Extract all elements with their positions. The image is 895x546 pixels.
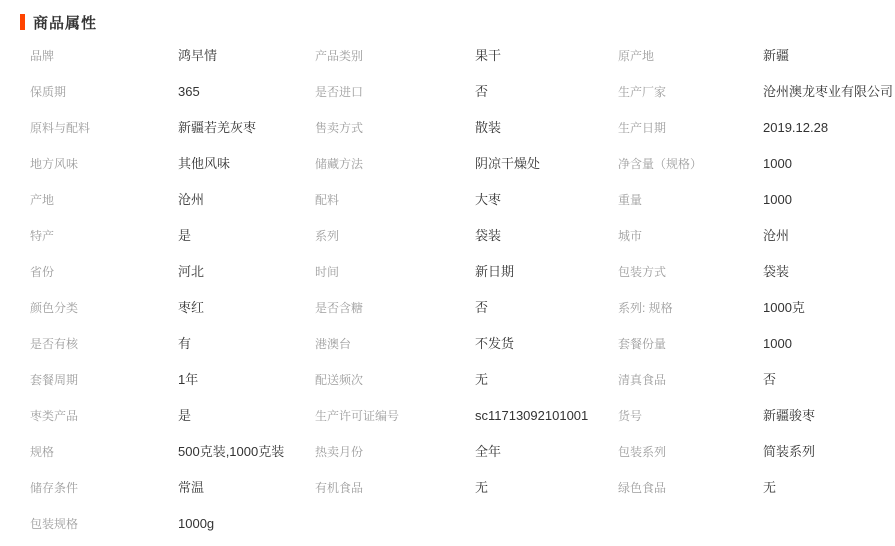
- attr-label: 净含量（规格）: [618, 146, 763, 182]
- attr-value: 否: [475, 290, 618, 326]
- attr-value: 500克装,1000克装: [178, 434, 315, 470]
- attr-label: 地方风味: [30, 146, 178, 182]
- product-attributes-panel: 商品属性 品牌鸿早情产品类别果干原产地新疆保质期365是否进口否生产厂家沧州澳龙…: [0, 0, 895, 546]
- attr-value: 否: [475, 74, 618, 110]
- accent-bar-icon: [20, 14, 25, 30]
- attr-value: 大枣: [475, 182, 618, 218]
- attr-value: 是: [178, 218, 315, 254]
- attr-label: 储藏方法: [315, 146, 475, 182]
- attr-value: 1000克: [763, 290, 893, 326]
- attr-value: 新日期: [475, 254, 618, 290]
- attr-value: 1000: [763, 182, 893, 218]
- attr-label: 包装规格: [30, 506, 178, 542]
- attr-value: 新疆骏枣: [763, 398, 893, 434]
- attr-value: 沧州澳龙枣业有限公司: [763, 74, 893, 110]
- attr-value: 1000: [763, 326, 893, 362]
- attr-label: 清真食品: [618, 362, 763, 398]
- attr-label: 生产日期: [618, 110, 763, 146]
- attr-value: 常温: [178, 470, 315, 506]
- attr-label: 生产许可证编号: [315, 398, 475, 434]
- attr-label: 系列: [315, 218, 475, 254]
- attr-value: 散装: [475, 110, 618, 146]
- attr-label: 包装方式: [618, 254, 763, 290]
- attr-value: 1000: [763, 146, 893, 182]
- attr-value: 新疆若羌灰枣: [178, 110, 315, 146]
- attr-value: sc11713092101001: [475, 398, 618, 434]
- attr-label: 重量: [618, 182, 763, 218]
- attr-label: 货号: [618, 398, 763, 434]
- attr-value: 鸿早情: [178, 38, 315, 74]
- attr-label: 配料: [315, 182, 475, 218]
- attr-value: 365: [178, 74, 315, 110]
- section-title: 商品属性: [33, 12, 97, 33]
- attr-label: 省份: [30, 254, 178, 290]
- attr-label: 套餐周期: [30, 362, 178, 398]
- attr-value: 袋装: [475, 218, 618, 254]
- attr-value: 全年: [475, 434, 618, 470]
- attr-value: 枣红: [178, 290, 315, 326]
- attr-label: 保质期: [30, 74, 178, 110]
- attr-value: 沧州: [763, 218, 893, 254]
- attr-label: 颜色分类: [30, 290, 178, 326]
- attr-label: 时间: [315, 254, 475, 290]
- attr-label: 绿色食品: [618, 470, 763, 506]
- attr-value: 是: [178, 398, 315, 434]
- attr-label: 系列: 规格: [618, 290, 763, 326]
- attr-value: 不发货: [475, 326, 618, 362]
- attr-value: 简装系列: [763, 434, 893, 470]
- attr-label: 储存条件: [30, 470, 178, 506]
- attr-value: 否: [763, 362, 893, 398]
- attr-label: 原产地: [618, 38, 763, 74]
- attr-value: 1000g: [178, 506, 315, 542]
- attr-label: 枣类产品: [30, 398, 178, 434]
- attr-label: 产品类别: [315, 38, 475, 74]
- section-header: 商品属性: [0, 0, 895, 38]
- attr-label: 生产厂家: [618, 74, 763, 110]
- attr-value: 果干: [475, 38, 618, 74]
- attr-label: 港澳台: [315, 326, 475, 362]
- attr-label: 是否含糖: [315, 290, 475, 326]
- attr-label: 套餐份量: [618, 326, 763, 362]
- attr-label: 原料与配料: [30, 110, 178, 146]
- attr-value: 无: [475, 470, 618, 506]
- attr-value: 新疆: [763, 38, 893, 74]
- attr-value: 袋装: [763, 254, 893, 290]
- attr-label: 热卖月份: [315, 434, 475, 470]
- attr-label: 售卖方式: [315, 110, 475, 146]
- attr-value: 2019.12.28: [763, 110, 893, 146]
- attr-value: 无: [475, 362, 618, 398]
- attr-value: 沧州: [178, 182, 315, 218]
- attr-label: 规格: [30, 434, 178, 470]
- attr-label: 配送频次: [315, 362, 475, 398]
- attr-value: 其他风味: [178, 146, 315, 182]
- attr-value: 河北: [178, 254, 315, 290]
- attr-value: 阴凉干燥处: [475, 146, 618, 182]
- attr-value: 有: [178, 326, 315, 362]
- attributes-grid: 品牌鸿早情产品类别果干原产地新疆保质期365是否进口否生产厂家沧州澳龙枣业有限公…: [0, 38, 895, 542]
- attr-value: 1年: [178, 362, 315, 398]
- attr-label: 品牌: [30, 38, 178, 74]
- attr-label: 包装系列: [618, 434, 763, 470]
- attr-label: 是否有核: [30, 326, 178, 362]
- attr-label: 是否进口: [315, 74, 475, 110]
- attr-label: 城市: [618, 218, 763, 254]
- attr-value: 无: [763, 470, 893, 506]
- attr-label: 特产: [30, 218, 178, 254]
- attr-label: 产地: [30, 182, 178, 218]
- attr-label: 有机食品: [315, 470, 475, 506]
